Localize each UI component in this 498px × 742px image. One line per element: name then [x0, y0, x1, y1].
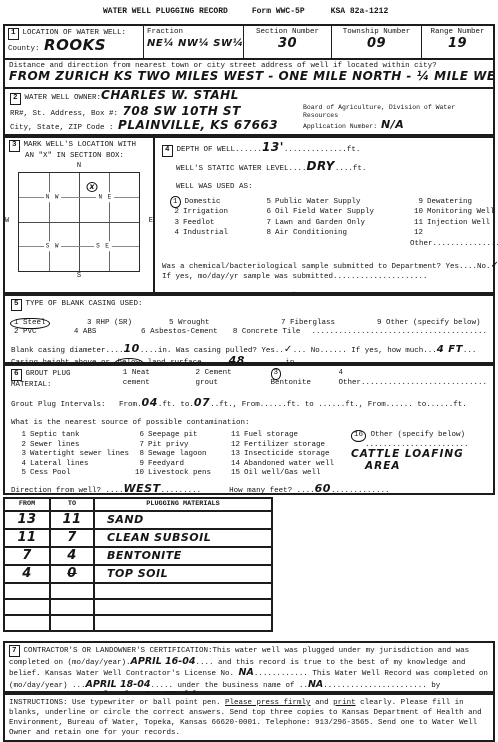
city-value: PLAINVILLE, KS 67663	[118, 118, 278, 132]
contam-option-label: Lateral lines	[30, 460, 89, 468]
grout-option-label: Cement grout	[196, 369, 232, 387]
cell-material	[94, 583, 272, 599]
form-statute: KSA 82a-1212	[331, 7, 389, 24]
contam-option-label: Fertilizer storage	[244, 441, 325, 449]
contam-option-label: Abandoned water well	[244, 460, 334, 468]
application-number-label: Application Number:	[303, 123, 377, 130]
cell-from: 11	[4, 529, 50, 547]
range-value: 19	[425, 39, 490, 49]
county-value: ROOKS	[44, 36, 106, 54]
cell-to	[50, 583, 94, 599]
depth-value: 13'	[262, 140, 284, 154]
cell-to: 7	[50, 529, 94, 547]
casing-pulled-label: ....in. Was casing pulled? Yes..	[140, 347, 284, 355]
feet-label: How many feet? ....	[229, 487, 315, 495]
section3-number: 3	[9, 140, 20, 152]
casing-option-number: 9	[377, 319, 382, 327]
cell-to	[50, 599, 94, 615]
interval-from-value: 04	[142, 396, 158, 409]
contam-option-label: Watertight sewer lines	[30, 450, 129, 458]
static-level-value: DRY	[307, 159, 335, 173]
cell-from	[4, 615, 50, 631]
used-option-number: 10	[410, 207, 423, 218]
cell-to: 0	[50, 565, 94, 583]
casing-option-number: 8	[233, 328, 238, 336]
contam-option-label: Seepage pit	[148, 431, 198, 439]
casing-diameter-value: 10	[124, 342, 140, 355]
township-value: 09	[335, 39, 418, 49]
section1-location: 1LOCATION OF WATER WELL: County: ROOKS F…	[3, 24, 495, 60]
section4-number: 4	[162, 145, 173, 157]
casing-option-label: PVC	[23, 328, 37, 336]
license-number-value: NA	[239, 667, 254, 678]
plugging-table: FROM TO PLUGGING MATERIALS 13 11 SAND 11…	[3, 497, 273, 632]
contam-option-number: 2	[17, 441, 26, 451]
owner-value: CHARLES W. STAHL	[101, 88, 239, 102]
completed-date-value: APRIL 16-04	[131, 656, 196, 667]
feet-tail: .............	[331, 487, 390, 495]
address-label: RR#, St. Address, Box #:	[10, 110, 118, 118]
contam-option-number: 13	[227, 450, 240, 460]
section-box-diagram: N N W N E S W S E x S W E	[9, 162, 149, 281]
table-header-from: FROM	[4, 498, 50, 511]
grout-material-row: 6GROUT PLUG MATERIAL: 1 Neat cement 2 Ce…	[11, 369, 487, 390]
cell-from: 4	[4, 565, 50, 583]
contam-option-number: 1	[17, 431, 26, 441]
distance-strip: Distance and direction from nearest town…	[3, 60, 495, 87]
contam-option-label: Livestock pens	[148, 469, 211, 477]
section-number-cell: Section Number 30	[243, 26, 331, 58]
chem-sample-question: Was a chemical/bacteriological sample su…	[162, 263, 491, 271]
se-quadrant-label: S E	[94, 241, 112, 251]
used-option-number: 4	[170, 228, 179, 239]
contamination-question: What is the nearest source of possible c…	[11, 419, 487, 429]
cell-from	[4, 599, 50, 615]
section6-grout: 6GROUT PLUG MATERIAL: 1 Neat cement 2 Ce…	[3, 364, 495, 495]
contam-option-number: 3	[17, 450, 26, 460]
section3-label-line2: AN "X" IN SECTION BOX:	[9, 152, 149, 162]
section5-label: TYPE OF BLANK CASING USED:	[26, 300, 143, 308]
cell-material	[94, 615, 272, 631]
section-grid: N W N E S W S E x	[18, 172, 140, 272]
south-label: S	[9, 272, 149, 282]
static-level-tail: ....ft.	[335, 165, 367, 173]
contam-option-number: 12	[227, 441, 240, 451]
casing-option-number: 3	[87, 319, 92, 327]
address-value: 708 SW 10TH ST	[123, 104, 241, 118]
instructions-text-2: and	[311, 699, 334, 707]
contam-option-number: 4	[17, 460, 26, 470]
table-header-materials: PLUGGING MATERIALS	[94, 498, 272, 511]
intervals-p1: From.	[119, 401, 142, 409]
contam-option-number: 11	[227, 431, 240, 441]
table-row: 7 4 BENTONITE	[4, 547, 272, 565]
scanned-form-page: WATER WELL PLUGGING RECORD Form WWC-5P K…	[0, 0, 498, 742]
casing-option-label: ABS	[83, 328, 97, 336]
used-option-label: Feedlot	[183, 219, 215, 227]
contam-option-label: Sewer lines	[30, 441, 80, 449]
section2-owner: 2WATER WELL OWNER:CHARLES W. STAHL RR#, …	[3, 87, 495, 136]
city-label: City, State, ZIP Code :	[10, 124, 114, 132]
check-icon: ✓	[284, 344, 293, 355]
distance-answer: FROM ZURICH KS TWO MILES WEST - ONE MILE…	[9, 72, 489, 82]
contam-option-label: Pit privy	[148, 441, 189, 449]
direction-distance-row: Direction from well? ....WEST......... H…	[11, 484, 487, 497]
business-name-value: NA	[308, 679, 323, 690]
contam-option-number: 10	[135, 469, 144, 479]
well-location-marker: x	[87, 182, 98, 192]
owner-label: WATER WELL OWNER:	[25, 94, 102, 102]
table-row	[4, 615, 272, 631]
casing-option-number: 6	[141, 328, 146, 336]
application-block: Board of Agriculture, Division of Water …	[303, 104, 485, 132]
used-option-label: Injection Well	[427, 219, 490, 227]
cell-from: 7	[4, 547, 50, 565]
application-number-value: N/A	[381, 118, 404, 131]
contam-option-label: Septic tank	[30, 431, 80, 439]
table-row	[4, 599, 272, 615]
table-row: 11 7 CLEAN SUBSOIL	[4, 529, 272, 547]
fraction-value: NE¼ NW¼ SW¼	[147, 39, 240, 49]
fraction-cell: Fraction NE¼ NW¼ SW¼	[143, 26, 243, 58]
grout-option-number: 4	[338, 369, 343, 377]
contam-option-number: 8	[135, 450, 144, 460]
sw-quadrant-label: S W	[44, 241, 62, 251]
direction-tail: .........	[161, 487, 202, 495]
casing-type-row2: 2 PVC 4 ABS 6 Asbestos-Cement 8 Concrete…	[11, 328, 487, 338]
used-option-number: 12	[410, 228, 423, 239]
cell-material: BENTONITE	[94, 547, 272, 565]
casing-pulled-mid: ... No...... If yes, how much...	[293, 347, 437, 355]
casing-option-label: Asbestos-Cement	[150, 328, 218, 336]
used-option-label: Public Water Supply	[275, 198, 361, 206]
cell-material	[94, 599, 272, 615]
used-as-label: WELL WAS USED AS:	[162, 183, 498, 193]
used-option-label: Other...................	[410, 240, 498, 248]
intervals-label: Grout Plug Intervals:	[11, 401, 106, 409]
west-label: W	[5, 217, 9, 227]
contam-option-number: 15	[227, 469, 240, 479]
check-icon: ✓	[491, 260, 498, 271]
grout-option-number: 1	[123, 369, 128, 377]
contam-option-number: 5	[17, 469, 26, 479]
contam-option-label: Oil well/Gas well	[244, 469, 321, 477]
used-option-number: 9	[410, 197, 423, 208]
cell-to: 11	[50, 511, 94, 529]
section7-certification: 7CONTRACTOR'S OR LANDOWNER'S CERTIFICATI…	[3, 641, 495, 693]
ne-quadrant-label: N E	[96, 192, 114, 202]
range-cell: Range Number 19	[421, 26, 493, 58]
table-row	[4, 583, 272, 599]
fraction-label: Fraction	[147, 28, 240, 38]
cell-from: 13	[4, 511, 50, 529]
used-option-label: Monitoring Well	[427, 208, 495, 216]
cell-to: 4	[50, 547, 94, 565]
contam-other-number: 16	[351, 430, 366, 442]
used-as-list: 1Domestic 2Irrigation 3Feedlot 4Industri…	[162, 197, 498, 250]
used-option-label: Oil Field Water Supply	[275, 208, 374, 216]
cell-material: CLEAN SUBSOIL	[94, 529, 272, 547]
casing-other-dots: .......................................	[311, 328, 487, 336]
table-row: 4 0 TOP SOIL	[4, 565, 272, 583]
instructions-underline-1: Please press firmly	[225, 699, 311, 707]
form-header: WATER WELL PLUGGING RECORD Form WWC-5P K…	[3, 0, 495, 24]
county-label: County:	[8, 45, 40, 53]
casing-option-number: 1	[14, 319, 19, 327]
county-cell: 1LOCATION OF WATER WELL: County: ROOKS	[5, 26, 143, 58]
casing-option-label: Wrought	[178, 319, 210, 327]
cell-from	[4, 583, 50, 599]
casing-option-number: 4	[74, 328, 79, 336]
used-option-number: 11	[410, 218, 423, 229]
casing-option-number: 7	[281, 319, 286, 327]
casing-diameter-label: Blank casing diameter....	[11, 347, 124, 355]
section1-number: 1	[8, 28, 19, 40]
cell-material: TOP SOIL	[94, 565, 272, 583]
depth-tail: ..............ft.	[284, 146, 361, 154]
used-option-label: Air Conditioning	[275, 229, 347, 237]
contam-option-label: Fuel storage	[244, 431, 298, 439]
used-option-label: Lawn and Garden Only	[275, 219, 365, 227]
interval-to-value: 07	[194, 396, 210, 409]
casing-option-label: Concrete Tile	[242, 328, 301, 336]
casing-type-row1: 1 Steel 3 RHP (SR) 5 Wrought 7 Fiberglas…	[11, 319, 487, 329]
casing-pulled-tail: ...	[463, 347, 477, 355]
used-option-label: Irrigation	[183, 208, 228, 216]
nw-quadrant-label: N W	[44, 192, 62, 202]
contam-option-number: 7	[135, 441, 144, 451]
intervals-p3: ..ft., From......ft. to ......ft., From.…	[210, 401, 467, 409]
used-option-number: 5	[262, 197, 271, 208]
casing-option-label: Fiberglass	[290, 319, 335, 327]
used-option-label: Dewatering	[427, 198, 472, 206]
direction-value: WEST	[124, 482, 161, 495]
contam-option-label: Sewage lagoon	[148, 450, 207, 458]
table-row: 13 11 SAND	[4, 511, 272, 529]
table-header-to: TO	[50, 498, 94, 511]
plugging-table-section: FROM TO PLUGGING MATERIALS 13 11 SAND 11…	[3, 495, 495, 641]
section3-label-line1: MARK WELL'S LOCATION WITH	[24, 141, 137, 149]
instructions-underline-2: print	[333, 699, 356, 707]
section7-number: 7	[9, 645, 20, 657]
cell-to	[50, 615, 94, 631]
casing-pulled-amount: 4 FT	[437, 344, 463, 355]
chem-sample-date-line: If yes, mo/day/yr sample was submitted..…	[162, 273, 498, 283]
used-option-number: 8	[262, 228, 271, 239]
section6-number: 6	[11, 369, 22, 381]
casing-option-number: 2	[14, 328, 19, 336]
form-number: Form WWC-5P	[252, 7, 305, 24]
used-option-number: 7	[262, 218, 271, 229]
casing-option-number: 5	[169, 319, 174, 327]
contam-option-number: 14	[227, 460, 240, 470]
contamination-list: 1Septic tank 2Sewer lines 3Watertight se…	[11, 431, 487, 479]
casing-option-label: RHP (SR)	[96, 319, 132, 327]
intervals-p2: .ft. to.	[158, 401, 194, 409]
contam-option-label: Feedyard	[148, 460, 184, 468]
sections-3-4: 3MARK WELL'S LOCATION WITH AN "X" IN SEC…	[3, 136, 495, 294]
grid-line	[19, 246, 139, 247]
grid-line	[19, 222, 139, 223]
grout-option-label: Other............................	[338, 379, 487, 387]
north-label: N	[9, 162, 149, 172]
grout-option-label: Neat cement	[123, 369, 150, 387]
used-option-number: 3	[170, 218, 179, 229]
section-number-value: 30	[247, 39, 328, 49]
grout-option-label: Bentonite	[271, 379, 312, 387]
section5-casing: 5TYPE OF BLANK CASING USED: 1 Steel 3 RH…	[3, 294, 495, 364]
casing-option-label: Steel	[23, 319, 46, 327]
contam-option-label: Insecticide storage	[244, 450, 330, 458]
grout-option-number: 2	[196, 369, 201, 377]
cell-material: SAND	[94, 511, 272, 529]
section2-number: 2	[10, 93, 21, 105]
instructions-text-1: INSTRUCTIONS: Use typewriter or ball poi…	[9, 699, 225, 707]
instructions-block: INSTRUCTIONS: Use typewriter or ball poi…	[3, 693, 495, 742]
used-option-label: Domestic	[185, 198, 221, 206]
contam-option-number: 9	[135, 460, 144, 470]
used-option-label: Industrial	[183, 229, 228, 237]
grid-line	[19, 197, 139, 198]
contam-option-number: 6	[135, 431, 144, 441]
east-label: E	[149, 217, 153, 227]
used-option-number: 6	[262, 207, 271, 218]
used-option-number: 2	[170, 207, 179, 218]
feet-value: 60	[315, 482, 331, 495]
section4-well-details: 4DEPTH OF WELL......13'..............ft.…	[155, 138, 498, 292]
contam-other-label: Other (specify below)	[371, 431, 466, 439]
section3-location-map: 3MARK WELL'S LOCATION WITH AN "X" IN SEC…	[5, 138, 155, 292]
static-level-label: WELL'S STATIC WATER LEVEL....	[176, 165, 307, 173]
contam-other-value: CATTLE LOAFING AREA	[351, 448, 464, 472]
township-cell: Township Number 09	[331, 26, 421, 58]
casing-option-label: Other (specify below)	[386, 319, 481, 327]
contam-option-label: Cess Pool	[30, 469, 71, 477]
depth-label: DEPTH OF WELL......	[177, 146, 263, 154]
form-title: WATER WELL PLUGGING RECORD	[103, 7, 228, 24]
section5-number: 5	[11, 299, 22, 311]
direction-label: Direction from well? ....	[11, 487, 124, 495]
